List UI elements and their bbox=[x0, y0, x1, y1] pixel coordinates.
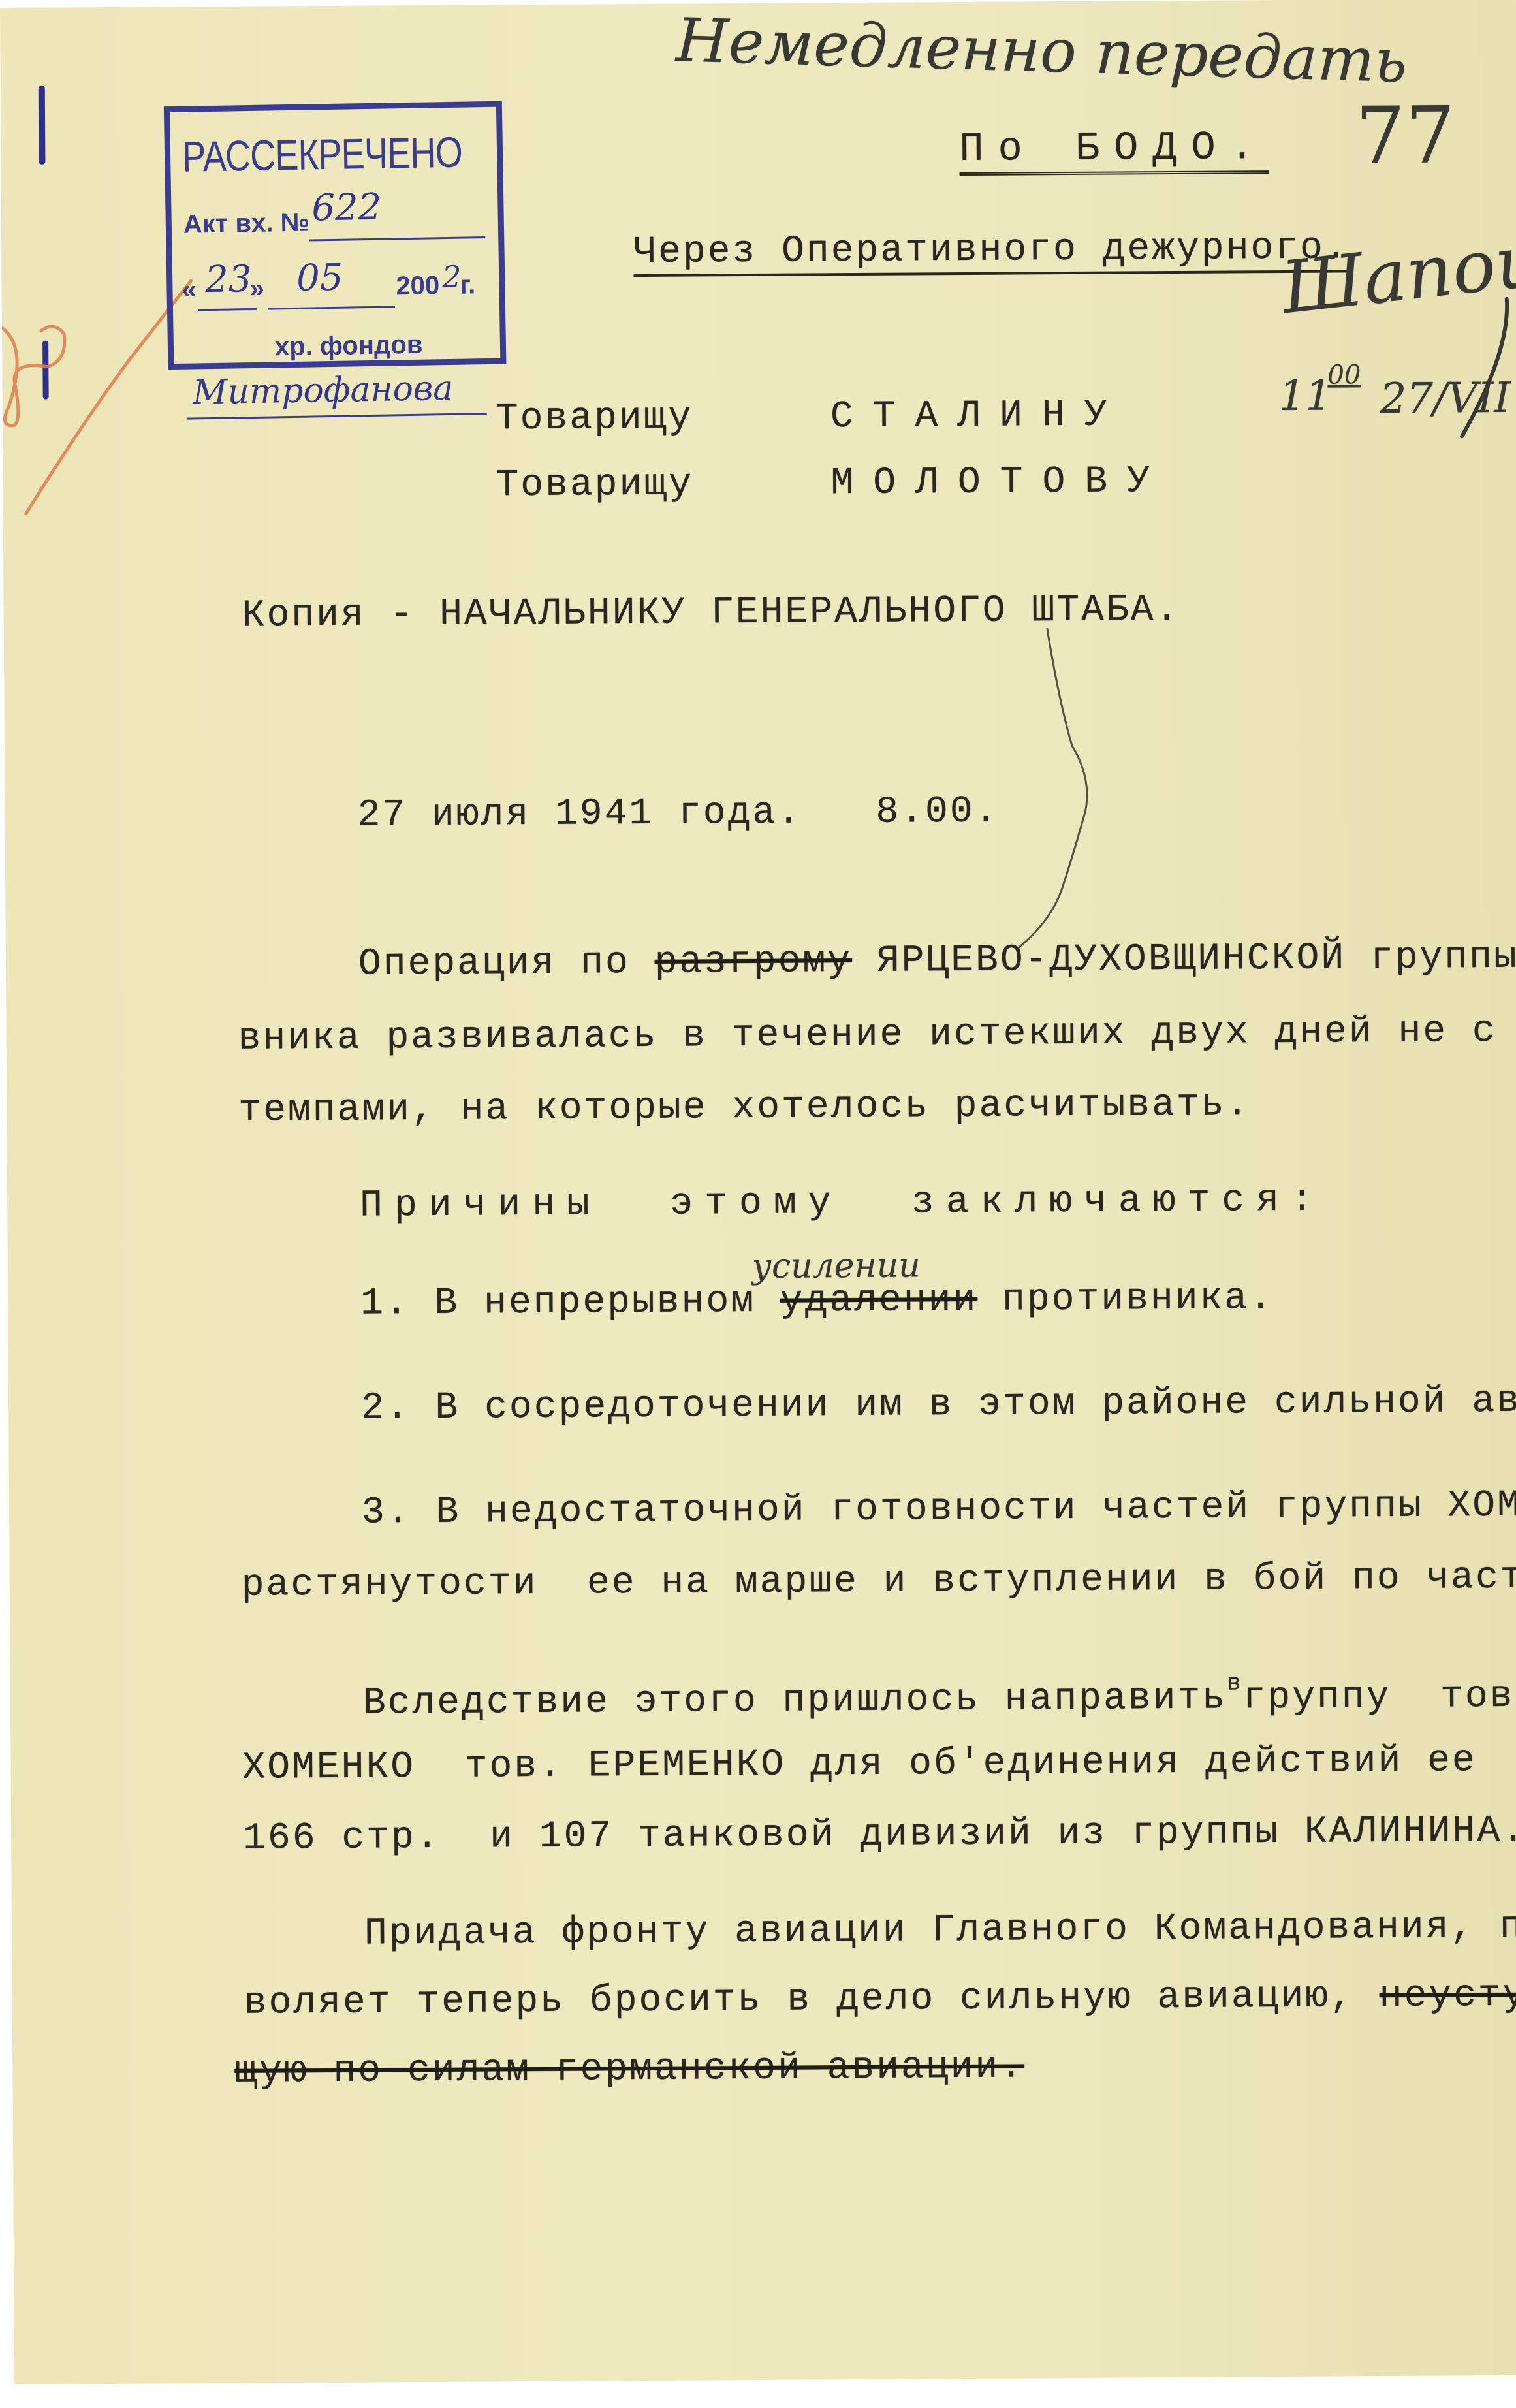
page-number: 77 bbox=[1355, 90, 1456, 182]
struck-line: щую по силам германской авиации. bbox=[234, 2048, 1024, 2091]
stamp-act-number: 622 bbox=[311, 186, 382, 230]
declassified-stamp: РАССЕКРЕЧЕНО Акт вх. № 622 « 23 » 05 200… bbox=[164, 101, 507, 370]
reason-item: 2. В сосредоточении им в этом районе сил… bbox=[361, 1382, 1516, 1427]
text-fragment: воляет теперь бросить в дело сильную ави… bbox=[244, 1975, 1379, 2025]
addressee-name: СТАЛИНУ bbox=[830, 396, 1127, 436]
struck-text: разгрому bbox=[654, 940, 852, 984]
paper-sheet: РАССЕКРЕЧЕНО Акт вх. № 622 « 23 » 05 200… bbox=[0, 0, 1516, 2384]
inserted-text: в bbox=[1227, 1670, 1243, 1696]
reason-item: 1. В непрерывном удалении противника. bbox=[360, 1280, 1274, 1323]
receipt-date: 27/VII bbox=[1380, 374, 1510, 423]
text-fragment: В непрерывном bbox=[434, 1280, 780, 1325]
paragraph-line: Вследствие этого пришлось направитьвгруп… bbox=[363, 1670, 1516, 1723]
stamp-underline bbox=[198, 308, 257, 311]
stamp-year-suffix: 2 bbox=[442, 259, 462, 294]
blue-margin-mark bbox=[39, 86, 46, 165]
addressee-name: МОЛОТОВУ bbox=[830, 463, 1169, 503]
reason-text: В недостаточной готовности частей группы… bbox=[435, 1484, 1516, 1534]
paragraph-line: вника развивалась в течение истекших дву… bbox=[238, 1012, 1516, 1058]
routing-line: Через Оперативного дежурного. bbox=[633, 229, 1350, 277]
reason-text: В сосредоточении им в этом районе сильно… bbox=[435, 1379, 1516, 1429]
stamp-act-label: Акт вх. № bbox=[183, 208, 309, 240]
reason-number: 3. bbox=[362, 1491, 411, 1534]
stamp-open-quote: « bbox=[182, 275, 197, 304]
text-fragment: Операция по bbox=[358, 942, 655, 986]
stamp-custodian-signature: Митрофанова bbox=[193, 369, 454, 413]
stamp-underline bbox=[268, 306, 395, 309]
stamp-date-month: 05 bbox=[296, 257, 343, 300]
receipt-time: 11 bbox=[1278, 372, 1332, 420]
stamp-close-quote: » bbox=[249, 274, 264, 304]
paragraph-line: 166 стр. и 107 танковой дивизий из групп… bbox=[243, 1813, 1516, 1858]
reason-continuation: растянутости ее на марше и вступлении в … bbox=[242, 1559, 1516, 1605]
reasons-heading: Причины этому заключаются: bbox=[360, 1182, 1325, 1226]
reason-number: 1. bbox=[360, 1282, 410, 1325]
stamp-year-unit: г. bbox=[460, 270, 476, 300]
text-fragment: ЯРЦЕВО-ДУХОВЩИНСКОЙ группы проти bbox=[852, 935, 1516, 983]
stamp-title: РАССЕКРЕЧЕНО bbox=[182, 127, 462, 182]
addressee-salutation: Товарищу bbox=[496, 400, 693, 439]
reason-number: 2. bbox=[361, 1387, 411, 1429]
stamp-underline bbox=[187, 413, 487, 420]
transmission-method: По БОДО. bbox=[959, 127, 1269, 176]
text-fragment: группу тов. bbox=[1242, 1675, 1516, 1720]
text-fragment: Вследствие этого пришлось направить bbox=[363, 1677, 1227, 1725]
stamp-custodian-label: хр. фондов bbox=[275, 330, 423, 362]
paragraph-line: воляет теперь бросить в дело сильную ави… bbox=[244, 1976, 1516, 2023]
receipt-time-minutes: 00 bbox=[1327, 360, 1361, 390]
handwritten-header: Немедленно передать bbox=[675, 5, 1408, 96]
reason-item: 3. В недостаточной готовности частей гру… bbox=[362, 1487, 1516, 1532]
addressee-salutation: Товарищу bbox=[496, 466, 693, 505]
dateline: 27 июля 1941 года. 8.00. bbox=[357, 793, 999, 835]
struck-text: удалении bbox=[780, 1279, 978, 1323]
stamp-year-prefix: 200 bbox=[396, 271, 439, 301]
stamp-date-day: 23 bbox=[205, 258, 252, 301]
stamp-underline bbox=[309, 236, 485, 241]
paragraph-line: Придача фронту авиации Главного Командов… bbox=[364, 1908, 1516, 1954]
text-fragment: противника. bbox=[977, 1277, 1274, 1322]
paragraph-line: ХОМЕНКО тов. ЕРЕМЕНКО для об'единения де… bbox=[242, 1742, 1516, 1788]
struck-text: неуступаю- bbox=[1380, 1974, 1516, 2018]
paragraph-line: Операция по разгрому ЯРЦЕВО-ДУХОВЩИНСКОЙ… bbox=[358, 938, 1516, 983]
paragraph-line: темпами, на которые хотелось расчитывать… bbox=[238, 1086, 1250, 1130]
